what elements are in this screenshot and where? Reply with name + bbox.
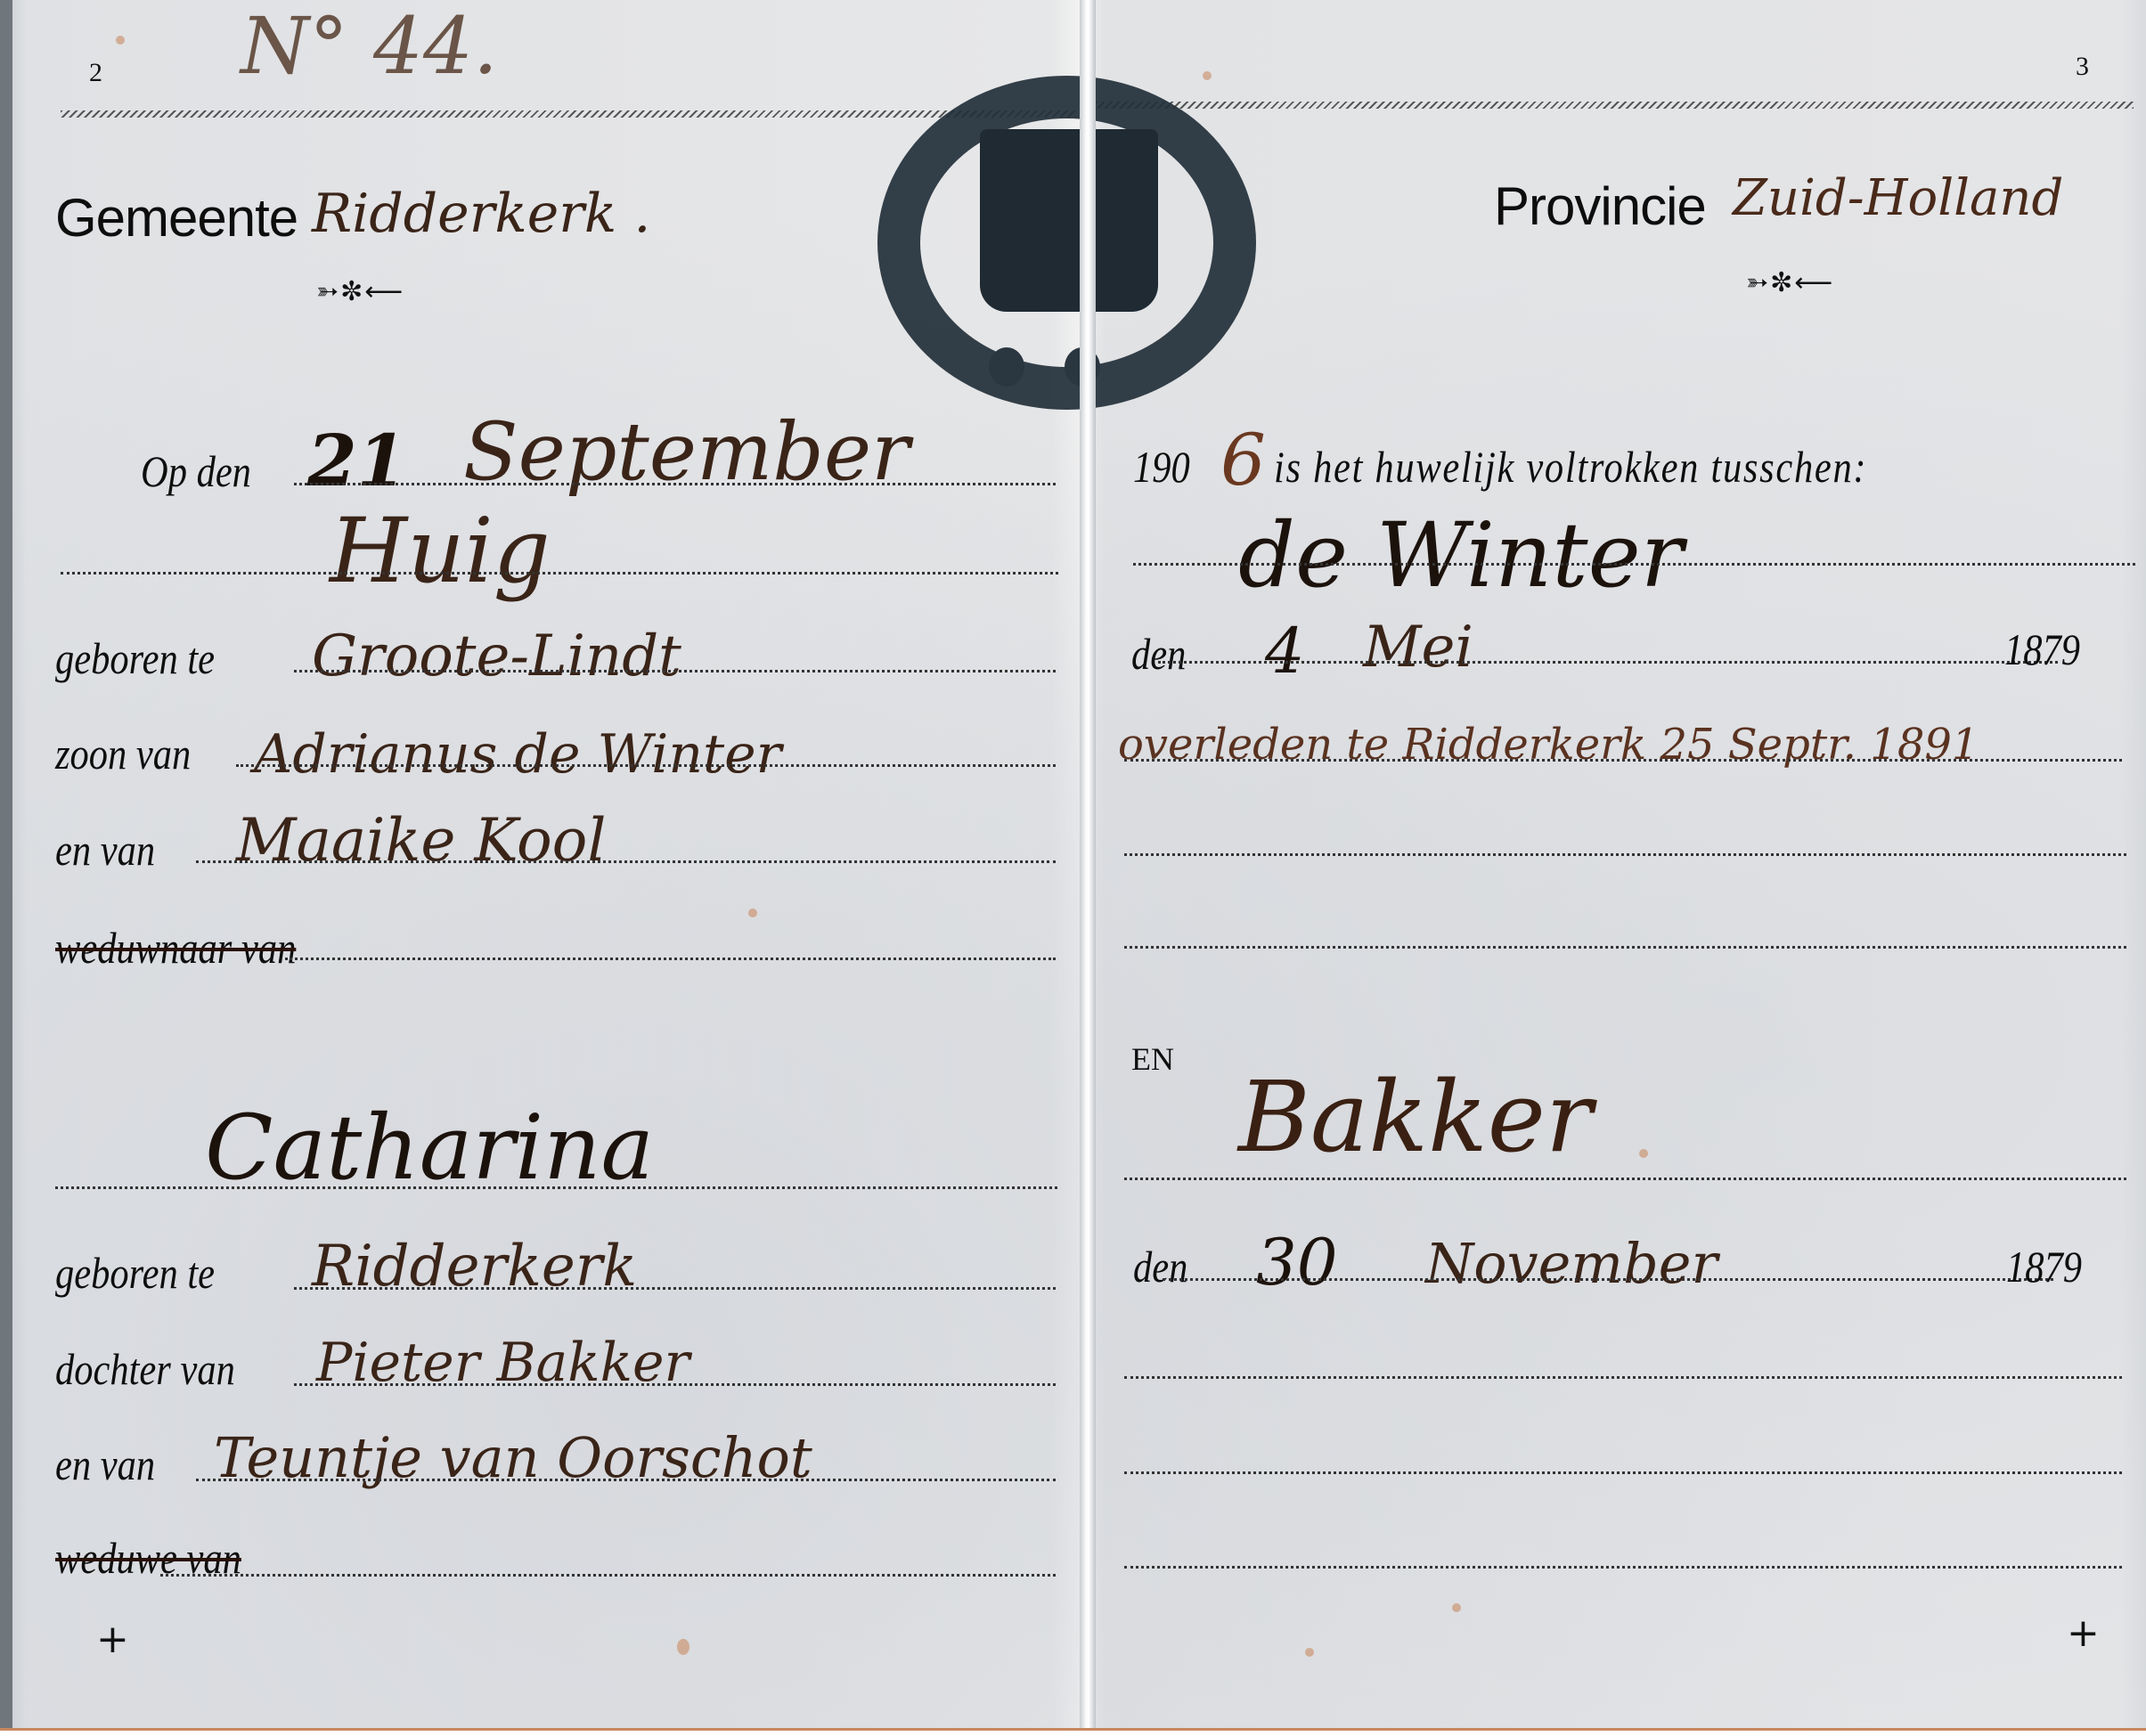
booklet-bottom-edge xyxy=(0,1728,2146,1736)
bride-born-label: geboren te xyxy=(55,1247,215,1299)
header-rule-right xyxy=(1096,102,2134,109)
ornament-right: ➳✼⟵ xyxy=(1746,267,1834,298)
groom-birth-day: 4 xyxy=(1265,615,1305,688)
groom-father-death-note: overleden te Ridderkerk 25 Septr. 1891 xyxy=(1118,720,1979,770)
groom-birth-month: Mei xyxy=(1363,615,1473,681)
marriage-booklet-spread: 2 3 N° 44. Gemeente Ridderkerk . ➳✼⟵ Pro… xyxy=(0,0,2146,1732)
year-suffix: 6 xyxy=(1220,419,1266,501)
ornament-left: ➳✼⟵ xyxy=(316,276,404,307)
groom-son-of-label: zoon van xyxy=(55,728,191,779)
empty-line xyxy=(1124,946,2126,949)
groom-born-label: geboren te xyxy=(55,632,215,684)
en-separator: EN xyxy=(1131,1040,1174,1078)
groom-birth-year: 1879 xyxy=(2004,623,2080,675)
marriage-intro-text: is het huwelijk voltrokken tusschen: xyxy=(1274,441,1867,493)
gemeente-value: Ridderkerk . xyxy=(312,183,650,245)
op-den-label: Op den xyxy=(141,445,251,497)
ceremony-day: 21 xyxy=(307,419,406,502)
gemeente-label: Gemeente xyxy=(55,187,298,249)
bride-and-of-label: en van xyxy=(55,1439,155,1490)
groom-father: Adrianus de Winter xyxy=(254,723,781,786)
year-prefix: 190 xyxy=(1133,441,1190,493)
empty-line xyxy=(1124,853,2126,856)
bride-birth-year: 1879 xyxy=(2006,1241,2082,1292)
cross-mark-right: + xyxy=(2067,1610,2100,1656)
provincie-label: Provincie xyxy=(1494,175,1706,237)
page-number-right: 3 xyxy=(2076,52,2089,82)
empty-line xyxy=(1124,1471,2122,1474)
bride-daughter-of-label: dochter van xyxy=(55,1343,235,1395)
booklet-edge xyxy=(0,0,12,1732)
groom-birthplace: Groote-Lindt xyxy=(312,623,681,689)
groom-and-of-label: en van xyxy=(55,824,155,876)
groom-first-name: Huig xyxy=(330,499,551,603)
record-number: N° 44. xyxy=(241,0,498,92)
provincie-value: Zuid-Holland xyxy=(1733,169,2063,227)
page-number-left: 2 xyxy=(89,58,102,88)
bride-first-name: Catharina xyxy=(205,1096,654,1200)
groom-birth-den-label: den xyxy=(1131,628,1186,680)
empty-line xyxy=(1124,1566,2122,1569)
bride-birth-day: 30 xyxy=(1256,1225,1338,1300)
widower-label-struck: weduwnaar van xyxy=(55,922,296,974)
header-rule-left xyxy=(61,110,1076,118)
bride-birth-month: November xyxy=(1425,1231,1718,1296)
cross-mark-left: + xyxy=(96,1617,129,1662)
bride-birth-den-label: den xyxy=(1133,1241,1187,1292)
groom-mother: Maaike Kool xyxy=(236,806,607,875)
booklet-fold xyxy=(1080,0,1096,1732)
bride-surname: Bakker xyxy=(1238,1060,1592,1174)
empty-line xyxy=(1124,1376,2122,1379)
groom-surname: de Winter xyxy=(1238,503,1684,607)
